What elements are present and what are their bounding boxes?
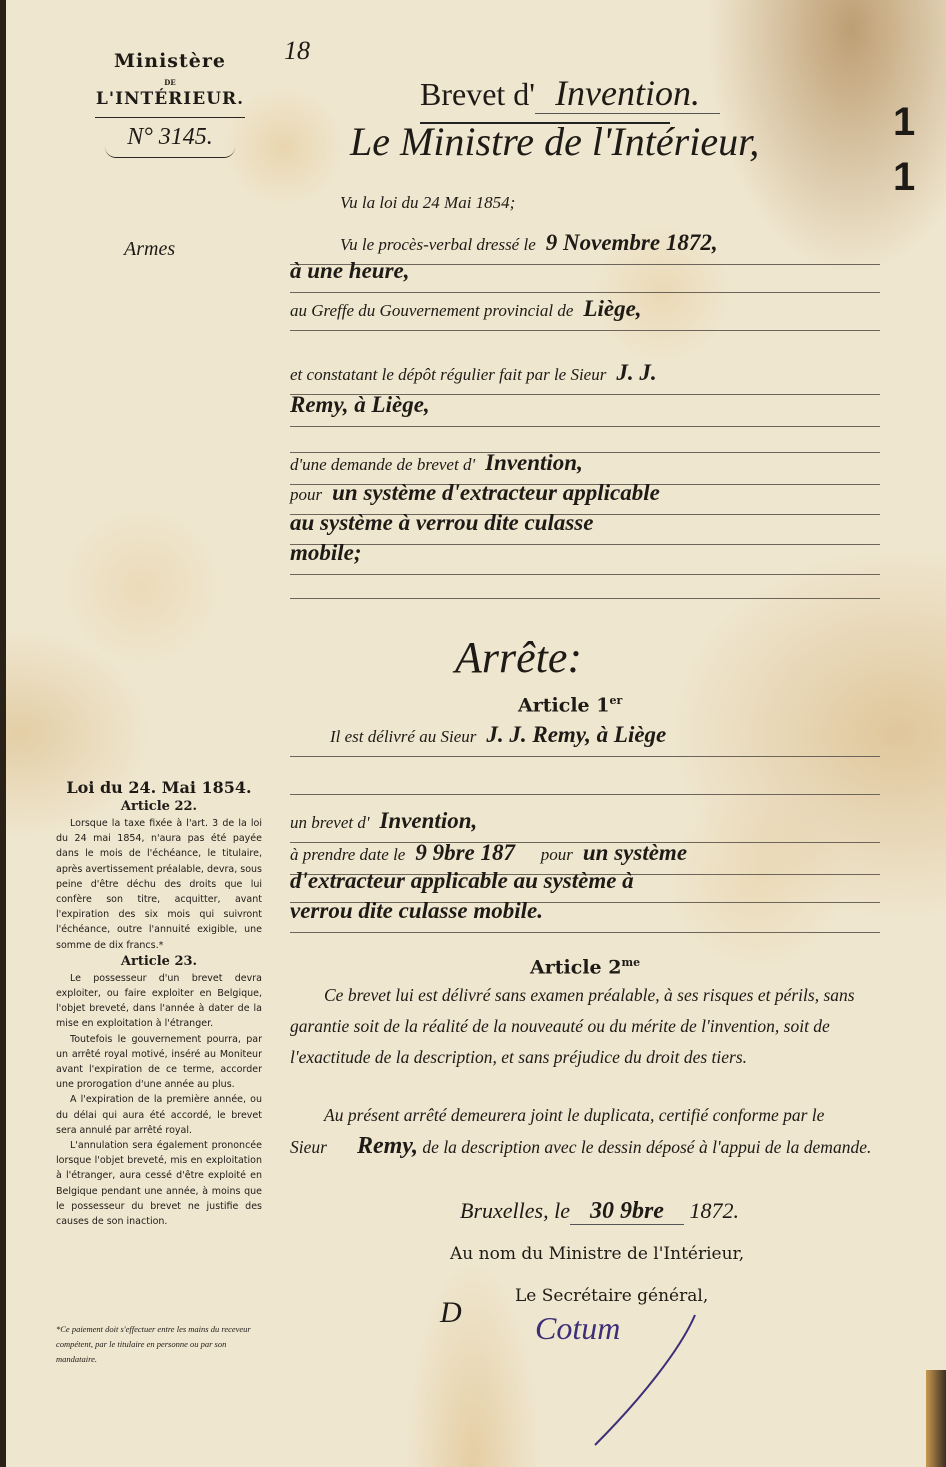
sidebar-article-23-heading: Article 23. [56,953,262,971]
issuer-heading: Le Ministre de l'Intérieur, [350,118,759,165]
signature-flourish-icon [560,1310,700,1450]
article-2-paragraph-2: Au présent arrêté demeurera joint le dup… [290,1100,890,1163]
law-title: Loi du 24. Mai 1854. [56,778,262,798]
preamble-line-4: au Greffe du Gouvernement provincial deL… [290,296,880,331]
sidebar-article-23-p1: Le possesseur d'un brevet devra exploite… [56,971,262,1032]
secretary-title: Le Secrétaire général, [515,1286,708,1306]
article-2-paragraph-1: Ce brevet lui est délivré sans examen pr… [290,980,890,1073]
title-type: Invention. [535,73,720,114]
margin-mark-1: 1 [893,100,915,145]
title-prefix: Brevet d' [420,76,535,112]
preamble-line-blank [290,418,880,453]
preamble-line-blank-2 [290,564,880,599]
ministry-line3: L'INTÉRIEUR. [60,89,280,109]
page-edge-right [926,1370,946,1467]
margin-mark-2: 1 [893,155,915,200]
category-label: Armes [124,238,175,261]
payment-footnote: *Ce paiement doit s'effectuer entre les … [56,1322,262,1367]
preamble-line-3: à une heure, [290,258,880,293]
number-label: N° [127,124,153,150]
number-value: 3145. [159,124,213,150]
article-1-heading: Article 1er [518,694,622,716]
legal-sidebar: Loi du 24. Mai 1854. Article 22. Lorsque… [56,778,262,1229]
ornament-rule [95,117,245,118]
article-1-line-1: Il est délivré au SieurJ. J. Remy, à Liè… [290,722,880,757]
sidebar-article-22-text: Lorsque la taxe fixée à l'art. 3 de la l… [56,816,262,953]
sidebar-article-23-p4: L'annulation sera également prononcée lo… [56,1138,262,1229]
ministry-line1: Ministère [60,50,280,72]
preamble-line-1: Vu la loi du 24 Mai 1854; [290,192,880,226]
ministry-header: Ministère DE L'INTÉRIEUR. N° 3145. [60,50,280,158]
place-date: Bruxelles, le30 9bre 1872. [460,1198,739,1225]
arrete-heading: Arrête: [455,632,582,683]
sidebar-article-22-heading: Article 22. [56,798,262,816]
article-2-heading: Article 2me [530,956,640,978]
preamble-line-5: et constatant le dépôt régulier fait par… [290,360,880,395]
article-1-line-5: verrou dite culasse mobile. [290,898,880,933]
article-1-line-blank [290,760,880,795]
registration-number: N° 3145. [60,124,280,151]
document-title: Brevet d'Invention. [420,72,720,114]
paraph-initial: D [440,1296,462,1330]
folio-number: 18 [284,36,310,66]
on-behalf-line: Au nom du Ministre de l'Intérieur, [450,1244,744,1264]
sidebar-article-23-p3: A l'expiration de la première année, ou … [56,1092,262,1138]
article-1-line-2: un brevet d'Invention, [290,808,880,843]
sidebar-article-23-p2: Toutefois le gouvernement pourra, par un… [56,1032,262,1093]
page-edge-left [0,0,6,1467]
ministry-line2: DE [60,78,280,87]
